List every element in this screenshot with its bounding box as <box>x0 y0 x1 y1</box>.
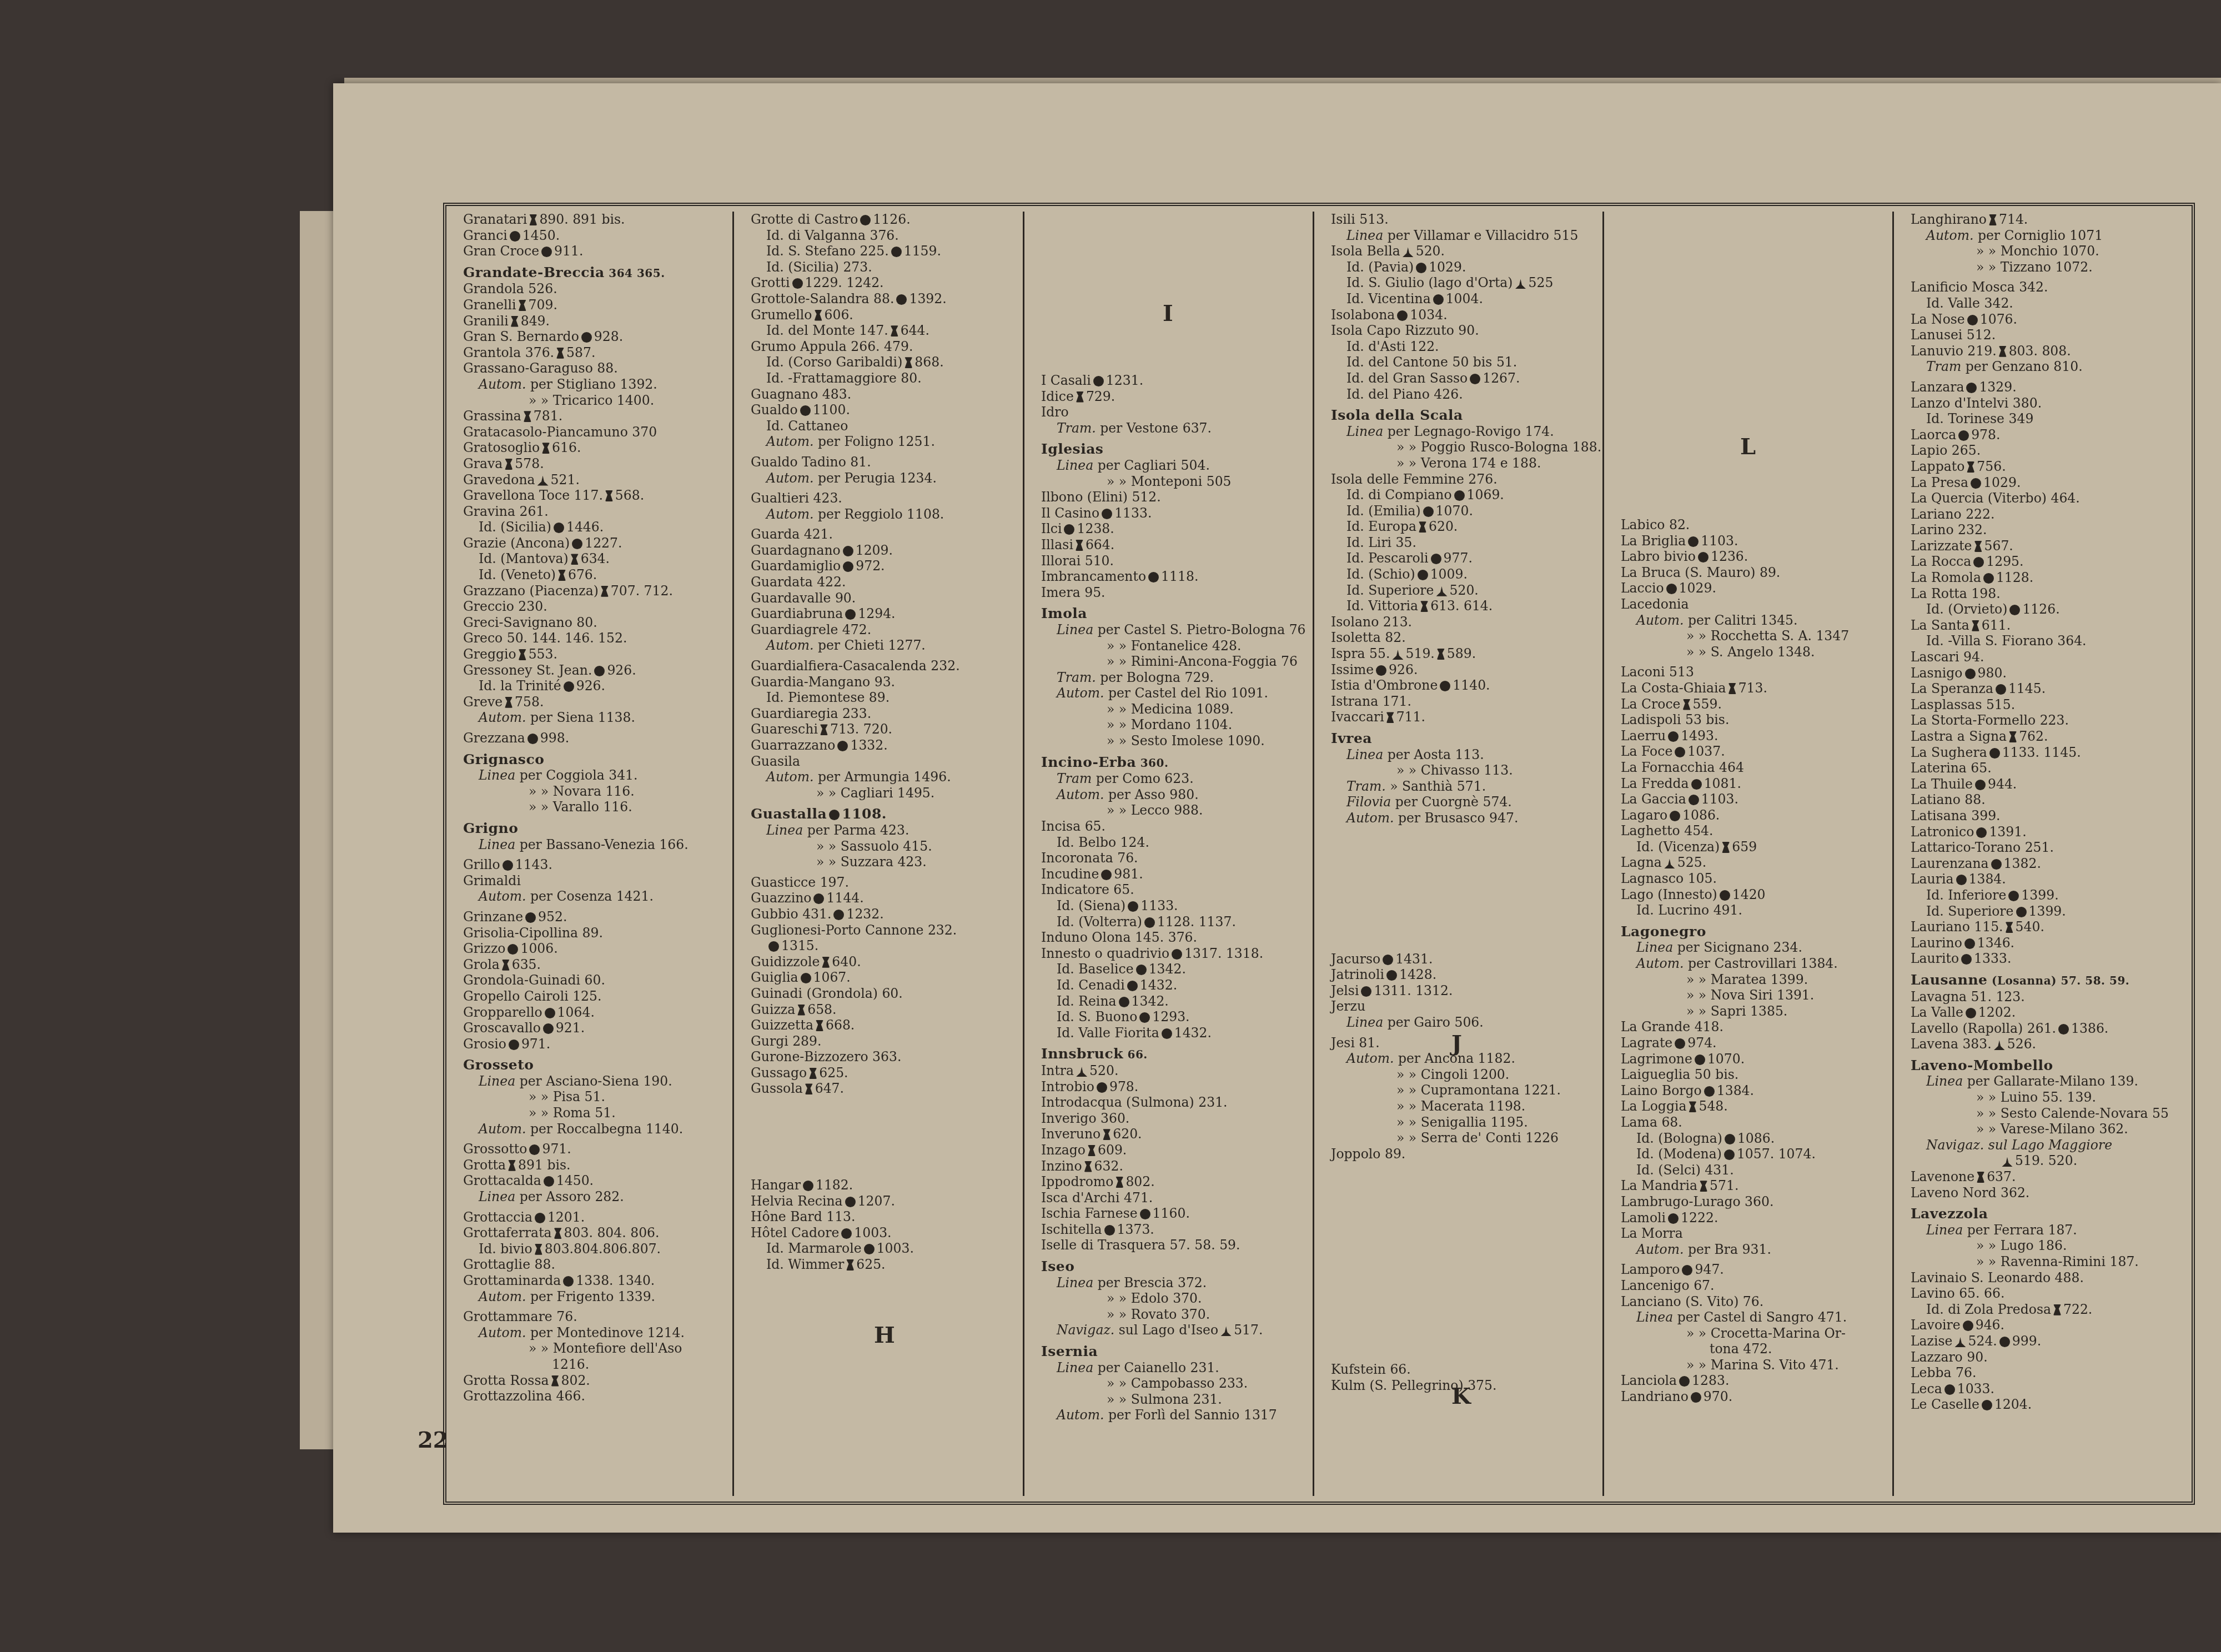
entry-text: Ilbono (Elini) 512. <box>1041 489 1161 505</box>
table-numbers: 1108. <box>842 806 887 822</box>
entry-text: Lavenone <box>1911 1169 1974 1184</box>
entry-text: Id. (Sicilia) <box>479 519 551 535</box>
auto-stop-icon <box>1376 665 1386 676</box>
entry-text: Guardagnano <box>751 543 841 558</box>
auto-stop-icon <box>800 405 811 416</box>
table-numbers: 524. <box>1968 1333 1997 1349</box>
index-entry: Id. Valle 342. <box>1911 295 2173 312</box>
index-entry: Id. (Veneto)676. <box>463 567 725 583</box>
entry-text: » » Sesto Calende-Novara 55 <box>1976 1106 2169 1121</box>
entry-text: » » Mordano 1104. <box>1107 717 1232 732</box>
entry-text: Id. -Frattamaggiore 80. <box>766 370 922 386</box>
auto-stop-icon <box>1127 981 1138 991</box>
table-numbers: 978. <box>1971 427 2000 443</box>
index-entry: Linea per Villamar e Villacidro 515 <box>1331 228 1593 244</box>
auto-stop-icon <box>507 944 518 955</box>
index-entry: » » Cingoli 1200. <box>1331 1067 1593 1083</box>
index-entry: Id. bivio803.804.806.807. <box>463 1241 725 1257</box>
entry-text: Guarrazzano <box>751 737 835 753</box>
index-entry: Lazzaro 90. <box>1911 1349 2173 1365</box>
entry-text: per Gairo 506. <box>1388 1015 1484 1030</box>
index-entry: » » Nova Siri 1391. <box>1621 987 1883 1003</box>
entry-text: I Casali <box>1041 373 1091 388</box>
tram-stop-icon <box>1683 699 1691 710</box>
index-entry: Id. Liri 35. <box>1331 535 1593 551</box>
entry-text: » » Lugo 186. <box>1976 1238 2067 1253</box>
entry-text: Latronico <box>1911 824 1974 840</box>
table-numbers: 620. <box>1113 1126 1142 1142</box>
entry-text: » » Sassuolo 415. <box>816 838 932 854</box>
entry-text: Id. (Modena) <box>1636 1146 1722 1162</box>
index-entry: Grassano-Garaguso 88. <box>463 360 725 376</box>
tram-stop-icon <box>605 490 613 501</box>
entry-text: Grottaferrata <box>463 1225 552 1241</box>
table-numbers: 613. 614. <box>1430 598 1493 614</box>
entry-text: per Chieti 1277. <box>818 637 926 653</box>
entry-text: per Cagliari 504. <box>1098 458 1210 473</box>
auto-stop-icon <box>1668 731 1679 742</box>
auto-stop-icon <box>1999 1337 2010 1347</box>
index-entry: » » Varese-Milano 362. <box>1911 1121 2173 1137</box>
station-heading: Lagonegro <box>1621 924 1883 940</box>
table-numbers: 1333. <box>1974 951 2011 966</box>
entry-text: Guiglia <box>751 970 798 985</box>
service-type: Linea <box>479 767 520 783</box>
index-entry: Id. Wimmer625. <box>751 1257 1013 1273</box>
entry-text: La Morra <box>1621 1226 1683 1241</box>
service-type: Autom. <box>766 637 818 653</box>
index-entry: Lacedonia <box>1621 596 1883 612</box>
entry-text: » » Monteponi 505 <box>1107 474 1232 489</box>
index-entry: Lanciola1283. <box>1621 1373 1883 1389</box>
auto-stop-icon <box>1983 573 1994 584</box>
tram-stop-icon <box>891 325 898 337</box>
index-entry: Laorca978. <box>1911 427 2173 443</box>
entry-text: sul Lago d'Iseo <box>1119 1322 1218 1338</box>
entry-text: Id. Marmarole <box>766 1241 862 1256</box>
index-entry: Laigueglia 50 bis. <box>1621 1067 1883 1083</box>
auto-stop-icon <box>1666 584 1677 594</box>
entry-text: Hône Bard 113. <box>751 1209 856 1224</box>
index-entry: Linea per Asciano-Siena 190. <box>463 1073 725 1089</box>
auto-stop-icon <box>1383 955 1393 965</box>
auto-stop-icon <box>527 734 538 744</box>
auto-stop-icon <box>1967 315 1978 325</box>
table-numbers: 803.804.806.807. <box>545 1241 661 1257</box>
table-numbers: 1450. <box>522 228 560 243</box>
entry-text: per Gallarate-Milano 139. <box>1967 1073 2138 1089</box>
service-type: Autom. <box>1636 1242 1688 1257</box>
entry-text: Id. (Sicilia) 273. <box>766 259 872 275</box>
index-entry: Navigaz. sul Lago Maggiore <box>1911 1137 2173 1153</box>
entry-text: Laccio <box>1621 580 1664 596</box>
table-numbers: 567. <box>1984 538 2013 554</box>
table-numbers: 659 <box>1732 839 1757 855</box>
service-type: Autom. <box>1057 685 1108 701</box>
entry-text: Id. Reina <box>1057 993 1117 1009</box>
index-entry: Autom. per Montedinove 1214. <box>463 1325 725 1341</box>
index-entry: Gussago625. <box>751 1065 1013 1081</box>
entry-text: Id. Valle Fiorita <box>1057 1025 1159 1041</box>
auto-stop-icon <box>544 1176 554 1187</box>
table-numbers: 1267. <box>1483 370 1520 386</box>
index-entry: Guidizzole640. <box>751 954 1013 970</box>
auto-stop-icon <box>1965 669 1976 679</box>
index-entry: Id. S. Giulio (lago d'Orta)525 <box>1331 275 1593 291</box>
entry-text: Lagnasco 105. <box>1621 871 1717 886</box>
table-numbers: 521. <box>551 472 580 488</box>
index-entry: Id. (Modena)1057. 1074. <box>1621 1146 1883 1162</box>
index-entry: Gratacasolo-Piancamuno 370 <box>463 424 725 440</box>
index-entry: Id. (Orvieto)1126. <box>1911 601 2173 617</box>
entry-text: » » Campobasso 233. <box>1107 1375 1248 1391</box>
index-entry: Le Caselle1204. <box>1911 1397 2173 1413</box>
entry-text: Guglionesi-Porto Cannone 232. <box>751 922 957 938</box>
boat-landing-icon <box>2002 1157 2013 1167</box>
entry-text: per Asciano-Siena 190. <box>520 1073 672 1089</box>
index-entry: Id. Reina1342. <box>1041 993 1303 1010</box>
index-entry: » » Edolo 370. <box>1041 1291 1303 1307</box>
index-entry: Lauriano 115.540. <box>1911 919 2173 935</box>
boat-landing-icon <box>1515 279 1526 289</box>
table-numbers: 803. 808. <box>2009 343 2071 359</box>
auto-stop-icon <box>1102 509 1112 519</box>
table-numbers: 1209. <box>856 543 893 558</box>
station-heading: Laveno-Mombello <box>1911 1058 2173 1074</box>
section-letter-i: I <box>1163 300 1173 327</box>
index-entry: Ischitella1373. <box>1041 1222 1303 1238</box>
index-entry: Id. Lucrino 491. <box>1621 902 1883 918</box>
entry-text: Guarda 421. <box>751 526 833 542</box>
entry-text: » » Rocchetta S. A. 1347 <box>1686 628 1849 644</box>
index-entry: Lavinaio S. Leonardo 488. <box>1911 1270 2173 1286</box>
index-entry: Iselle di Trasquera 57. 58. 59. <box>1041 1237 1303 1253</box>
table-numbers: 525 <box>1529 275 1554 290</box>
entry-text: La Rocca <box>1911 554 1971 569</box>
table-numbers: 952. <box>538 909 567 925</box>
auto-stop-icon <box>1688 536 1699 547</box>
entry-text: La Nose <box>1911 312 1965 327</box>
index-entry: Grottaminarda1338. 1340. <box>463 1273 725 1289</box>
entry-text: Id. Piemontese 89. <box>766 690 890 705</box>
column-1: Granatari890. 891 bis.Granci1450.Gran Cr… <box>446 212 728 1502</box>
table-numbers: 578. <box>515 456 544 471</box>
tram-stop-icon <box>2053 1304 2061 1315</box>
tram-stop-icon <box>1088 1145 1096 1156</box>
index-entry: Granatari890. 891 bis. <box>463 212 725 228</box>
entry-text: Lamporo <box>1621 1262 1680 1277</box>
index-entry: Gualtieri 423. <box>751 490 1013 506</box>
tram-stop-icon <box>505 697 512 708</box>
table-numbers: 540. <box>2016 919 2044 935</box>
table-numbers: 1201. <box>547 1209 585 1225</box>
table-numbers: 762. <box>2019 729 2048 744</box>
index-entry: Id. del Piano 426. <box>1331 386 1593 403</box>
auto-stop-icon <box>2008 891 2019 901</box>
auto-stop-icon <box>1397 310 1408 321</box>
index-entry: Grimaldi <box>463 873 725 889</box>
auto-stop-icon <box>1966 1008 1976 1018</box>
index-entry: Lancenigo 67. <box>1621 1278 1883 1294</box>
entry-text: Jatrinoli <box>1331 967 1384 982</box>
index-entry: Leca1033. <box>1911 1381 2173 1397</box>
table-numbers: 1076. <box>1980 312 2017 327</box>
section-letter-h: H <box>874 1322 895 1348</box>
entry-text: Guasila <box>751 754 800 769</box>
table-numbers: (Losanna) 57. 58. 59. <box>1988 974 2130 987</box>
entry-text: Isolabona <box>1331 307 1395 323</box>
entry-text: La Thuile <box>1911 776 1973 792</box>
auto-stop-icon <box>813 893 824 904</box>
table-numbers: 980. <box>1978 665 2007 681</box>
entry-text: Lanuvio 219. <box>1911 343 1997 359</box>
index-entry: » » Rimini-Ancona-Foggia 76 <box>1041 654 1303 670</box>
auto-stop-icon <box>1989 748 2000 759</box>
entry-text: Imola <box>1041 605 1087 621</box>
auto-stop-icon <box>529 1144 540 1155</box>
index-entry: Guinadi (Grondola) 60. <box>751 986 1013 1002</box>
table-numbers: 1070. <box>1436 503 1473 519</box>
auto-stop-icon <box>1093 376 1104 386</box>
boat-landing-icon <box>1954 1337 1966 1347</box>
index-entry: Grondola-Guinadi 60. <box>463 972 725 988</box>
index-entry: Id. Superiore520. <box>1331 583 1593 599</box>
table-numbers: 1202. <box>1978 1005 2016 1020</box>
auto-stop-icon <box>833 910 844 920</box>
table-numbers: 1009. <box>1430 566 1468 582</box>
auto-stop-icon <box>803 1181 813 1191</box>
station-heading: Grosseto <box>463 1057 725 1073</box>
entry-text: Lasnigo <box>1911 665 1963 681</box>
index-entry: Autom. per Frigento 1339. <box>463 1289 725 1305</box>
entry-text: Grazie (Ancona) <box>463 535 570 551</box>
table-numbers: 921. <box>556 1020 585 1036</box>
index-entry: Id. Vicentina1004. <box>1331 291 1593 307</box>
index-entry: Tram per Como 623. <box>1041 771 1303 787</box>
entry-text: Jesi 81. <box>1331 1035 1380 1051</box>
entry-text: Lattarico-Torano 251. <box>1911 840 2054 855</box>
auto-stop-icon <box>1944 1384 1955 1395</box>
table-numbers: 364 365. <box>605 267 665 280</box>
entry-text: La Romola <box>1911 570 1981 585</box>
entry-text: Gubbio 431. <box>751 906 831 922</box>
service-type: Linea <box>479 1073 520 1089</box>
tram-stop-icon <box>2009 731 2017 742</box>
index-entry: Id. Marmarole1003. <box>751 1241 1013 1257</box>
entry-text: » » Crocetta-Marina Or- <box>1686 1325 1846 1341</box>
index-entry: » » Roma 51. <box>463 1105 725 1121</box>
entry-text: La Costa-Ghiaia <box>1621 680 1726 696</box>
auto-stop-icon <box>801 973 811 983</box>
section-letter-j: J <box>1451 1031 1462 1057</box>
index-entry: Gropparello1064. <box>463 1005 725 1021</box>
index-entry: Id. del Gran Sasso1267. <box>1331 370 1593 386</box>
table-numbers: 1003. <box>877 1241 914 1256</box>
entry-text: » » Senigallia 1195. <box>1396 1114 1528 1130</box>
auto-stop-icon <box>1148 572 1159 583</box>
entry-text: Labro bivio <box>1621 549 1696 564</box>
auto-stop-icon <box>1704 1086 1715 1097</box>
table-numbers: 606. <box>825 307 853 323</box>
entry-text: Granci <box>463 228 507 243</box>
entry-text: Isola Capo Rizzuto 90. <box>1331 323 1479 338</box>
table-numbers: 1067. <box>813 970 851 985</box>
auto-stop-icon <box>1433 294 1444 305</box>
service-type: Linea <box>1636 940 1677 955</box>
table-numbers: 972. <box>856 558 885 574</box>
index-entry: Guizzetta668. <box>751 1017 1013 1033</box>
entry-text: Helvia Recina <box>751 1193 843 1209</box>
entry-text: Greccio 230. <box>463 599 547 614</box>
tram-stop-icon <box>1722 842 1730 853</box>
index-entry: Id. (Sicilia)1446. <box>463 519 725 535</box>
entry-text: Id. (Mantova) <box>479 551 569 566</box>
entry-text: Laorca <box>1911 427 1956 443</box>
entry-text: Grottammare 76. <box>463 1309 577 1324</box>
entry-text: per Ferrara 187. <box>1967 1222 2077 1238</box>
index-entry: La Storta-Formello 223. <box>1911 712 2173 729</box>
entry-text: Grillo <box>463 857 500 872</box>
station-heading: Iseo <box>1041 1259 1303 1275</box>
entry-text: » » Tizzano 1072. <box>1976 259 2093 275</box>
entry-text: Id. del Piano 426. <box>1346 386 1463 402</box>
table-numbers: 1133. <box>1140 898 1178 913</box>
auto-stop-icon <box>1128 901 1138 912</box>
entry-text: per Roccalbegna 1140. <box>530 1121 683 1137</box>
tram-stop-icon <box>1419 521 1426 533</box>
entry-text: Lavagna 51. 123. <box>1911 989 2025 1005</box>
entry-text: Id. (Veneto) <box>479 567 556 583</box>
entry-text: Gravedona <box>463 472 535 488</box>
index-entry: » » Lecco 988. <box>1041 802 1303 819</box>
table-numbers: 548. <box>1699 1098 1727 1114</box>
entry-text: Idro <box>1041 404 1069 420</box>
index-entry: I Casali1231. <box>1041 373 1303 389</box>
index-entry: Jatrinoli1428. <box>1331 967 1593 983</box>
entry-text: Gravellona Toce 117. <box>463 488 603 503</box>
table-numbers: 1128. 1137. <box>1157 914 1236 930</box>
index-entry: Jerzu <box>1331 998 1593 1015</box>
index-entry: Autom. per Ancona 1182. <box>1331 1051 1593 1067</box>
index-entry: Grizzo1006. <box>463 941 725 957</box>
index-entry: Guardia-Mangano 93. <box>751 674 1013 690</box>
tram-stop-icon <box>601 586 609 597</box>
index-entry: Lamoli1222. <box>1621 1210 1883 1226</box>
tram-stop-icon <box>529 214 537 225</box>
index-entry: Groscavallo921. <box>463 1020 725 1036</box>
index-entry: Incudine981. <box>1041 866 1303 882</box>
entry-text: La Quercia (Viterbo) 464. <box>1911 490 2080 506</box>
index-entry: Illasi664. <box>1041 537 1303 553</box>
index-entry: Id. (Schio)1009. <box>1331 566 1593 583</box>
service-type: Tram. <box>1346 779 1390 794</box>
entry-text: Id. (Volterra) <box>1057 914 1142 930</box>
table-numbers: 1311. 1312. <box>1374 983 1453 998</box>
entry-text: Grottaglie 88. <box>463 1257 555 1272</box>
entry-text: Lavinaio S. Leonardo 488. <box>1911 1270 2084 1286</box>
entry-text: Id. Belbo 124. <box>1057 835 1149 850</box>
index-entry: Guardata 422. <box>751 574 1013 590</box>
auto-stop-icon <box>572 539 582 549</box>
entry-text: Lariano 222. <box>1911 506 1994 522</box>
index-entry: Linea per Bassano-Venezia 166. <box>463 837 725 853</box>
table-numbers: 520. <box>1089 1063 1118 1078</box>
service-type: Autom. <box>479 1121 530 1137</box>
index-entry: Guardavalle 90. <box>751 590 1013 606</box>
table-numbers: 928. <box>594 329 623 344</box>
index-entry: Lavoire946. <box>1911 1317 2173 1333</box>
entry-text: Lanzara <box>1911 379 1964 395</box>
index-entry: Guagnano 483. <box>751 386 1013 403</box>
index-entry: Isoletta 82. <box>1331 630 1593 646</box>
entry-text: Isca d'Archi 471. <box>1041 1190 1153 1206</box>
service-type: Autom. <box>766 470 818 486</box>
index-entry: 1216. <box>463 1357 725 1373</box>
index-entry: » » Sesto Calende-Novara 55 <box>1911 1106 2173 1122</box>
index-entry: La Briglia1103. <box>1621 533 1883 549</box>
entry-text: Grizzo <box>463 941 505 956</box>
index-entry: Lanciano (S. Vito) 76. <box>1621 1294 1883 1310</box>
tram-stop-icon <box>554 1228 562 1239</box>
table-numbers: 1207. <box>858 1193 895 1209</box>
table-numbers: 1293. <box>1152 1009 1189 1025</box>
entry-text: Le Caselle <box>1911 1397 1979 1412</box>
table-numbers: 971. <box>542 1141 571 1157</box>
index-entry: Linea per Aosta 113. <box>1331 747 1593 763</box>
table-numbers: 644. <box>901 323 929 338</box>
entry-text: Introdacqua (Sulmona) 231. <box>1041 1094 1228 1110</box>
entry-text: Idice <box>1041 389 1074 404</box>
entry-text: Id. di Valganna 376. <box>766 228 899 243</box>
auto-stop-icon <box>1996 684 2006 695</box>
entry-text: 1216. <box>552 1357 589 1372</box>
entry-text: Id. del Gran Sasso <box>1346 370 1468 386</box>
index-entry: Id. (Vicenza)659 <box>1621 839 1883 855</box>
index-entry: » » Monchio 1070. <box>1911 243 2173 259</box>
index-entry: La Bruca (S. Mauro) 89. <box>1621 565 1883 581</box>
index-entry: Innesto o quadrivio1317. 1318. <box>1041 946 1303 962</box>
entry-text: » » Nova Siri 1391. <box>1686 987 1814 1003</box>
index-entry: Lappato756. <box>1911 459 2173 475</box>
table-numbers: 1315. <box>781 938 818 953</box>
index-entry: Id. (Pavia)1029. <box>1331 259 1593 275</box>
index-entry: Isola delle Femmine 276. <box>1331 471 1593 488</box>
entry-text: Innsbruck <box>1041 1046 1123 1062</box>
index-entry: Autom. per Perugia 1234. <box>751 470 1013 486</box>
entry-text: Lavoire <box>1911 1317 1961 1333</box>
entry-text: Ischia Farnese <box>1041 1206 1138 1221</box>
table-numbers: 609. <box>1098 1142 1127 1158</box>
index-entry: Induno Olona 145. 376. <box>1041 930 1303 946</box>
entry-text: Id. Liri 35. <box>1346 535 1416 550</box>
index-entry: Lanificio Mosca 342. <box>1911 279 2173 295</box>
index-entry: La Costa-Ghiaia713. <box>1621 680 1883 696</box>
index-entry: Guarda 421. <box>751 526 1013 543</box>
index-entry: Greccio 230. <box>463 599 725 615</box>
entry-text: Id. Superiore <box>1926 903 2014 919</box>
entry-text: Lauriano 115. <box>1911 919 2003 935</box>
station-heading: Grigno <box>463 821 725 837</box>
entry-text: Granatari <box>463 212 527 227</box>
auto-stop-icon <box>1982 1400 1992 1410</box>
index-entry: La Mandria571. <box>1621 1178 1883 1194</box>
entry-text: Lagna <box>1621 855 1662 870</box>
table-numbers: 559. <box>1693 696 1722 712</box>
entry-text: Lebba 76. <box>1911 1365 1976 1380</box>
index-entry: Ispra 55.519.589. <box>1331 646 1593 662</box>
index-entry: Id. (Emilia)1070. <box>1331 503 1593 519</box>
entry-text: Grumello <box>751 307 812 323</box>
